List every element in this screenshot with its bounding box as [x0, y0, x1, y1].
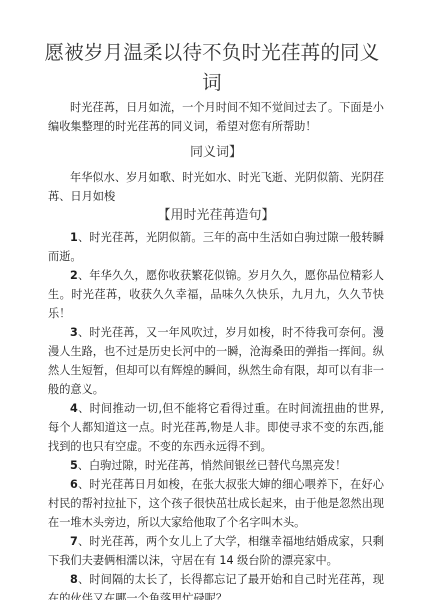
sentence-item: 6、时光荏苒日月如梭，在张大叔张大婶的细心喂养下，在好心村民的帮衬拉扯下，这个孩…	[48, 475, 384, 532]
sentences-list: 1、时光荏苒，光阴似箭。三年的高中生活如白驹过隙一般转瞬而逝。 2、年华久久，愿…	[48, 228, 384, 600]
sentences-heading: 【用时光荏苒造句】	[48, 204, 384, 223]
synonyms-paragraph: 年华似水、岁月如歌、时光如水、时光飞逝、光阴似箭、光阴荏苒、日月如梭	[48, 168, 384, 206]
sentence-item: 3、时光荏苒，又一年风吹过，岁月如梭，时不待我可奈何。漫漫人生路，也不过是历史长…	[48, 323, 384, 399]
synonyms-heading: 同义词】	[48, 141, 384, 160]
document-page: 愿被岁月温柔以待不负时光荏苒的同义词 时光荏苒，日月如流，一个月时间不知不觉间过…	[0, 0, 424, 600]
sentence-item: 8、时间隔的太长了，长得都忘记了最开始和自己时光荏苒，现在的伙伴又在哪一个角落里…	[48, 570, 384, 600]
sentence-item: 4、时间推动一切,但不能将它看得过重。在时间流扭曲的世界,每个人都知道这一点。时…	[48, 399, 384, 456]
intro-paragraph: 时光荏苒，日月如流，一个月时间不知不觉间过去了。下面是小编收集整理的时光荏苒的同…	[48, 98, 384, 136]
sentence-item: 7、时光荏苒，两个女儿上了大学，相继幸福地结婚成家，只剩下我们夫妻俩相濡以沫，守…	[48, 532, 384, 570]
sentence-item: 2、年华久久，愿你收获繁花似锦。岁月久久，愿你品位精彩人生。时光荏苒，收获久久幸…	[48, 266, 384, 323]
sentence-item: 1、时光荏苒，光阴似箭。三年的高中生活如白驹过隙一般转瞬而逝。	[48, 228, 384, 266]
sentence-item: 5、白驹过隙，时光荏苒，悄然间银丝已替代乌黑亮发！	[48, 456, 384, 475]
document-title: 愿被岁月温柔以待不负时光荏苒的同义词	[44, 38, 380, 98]
